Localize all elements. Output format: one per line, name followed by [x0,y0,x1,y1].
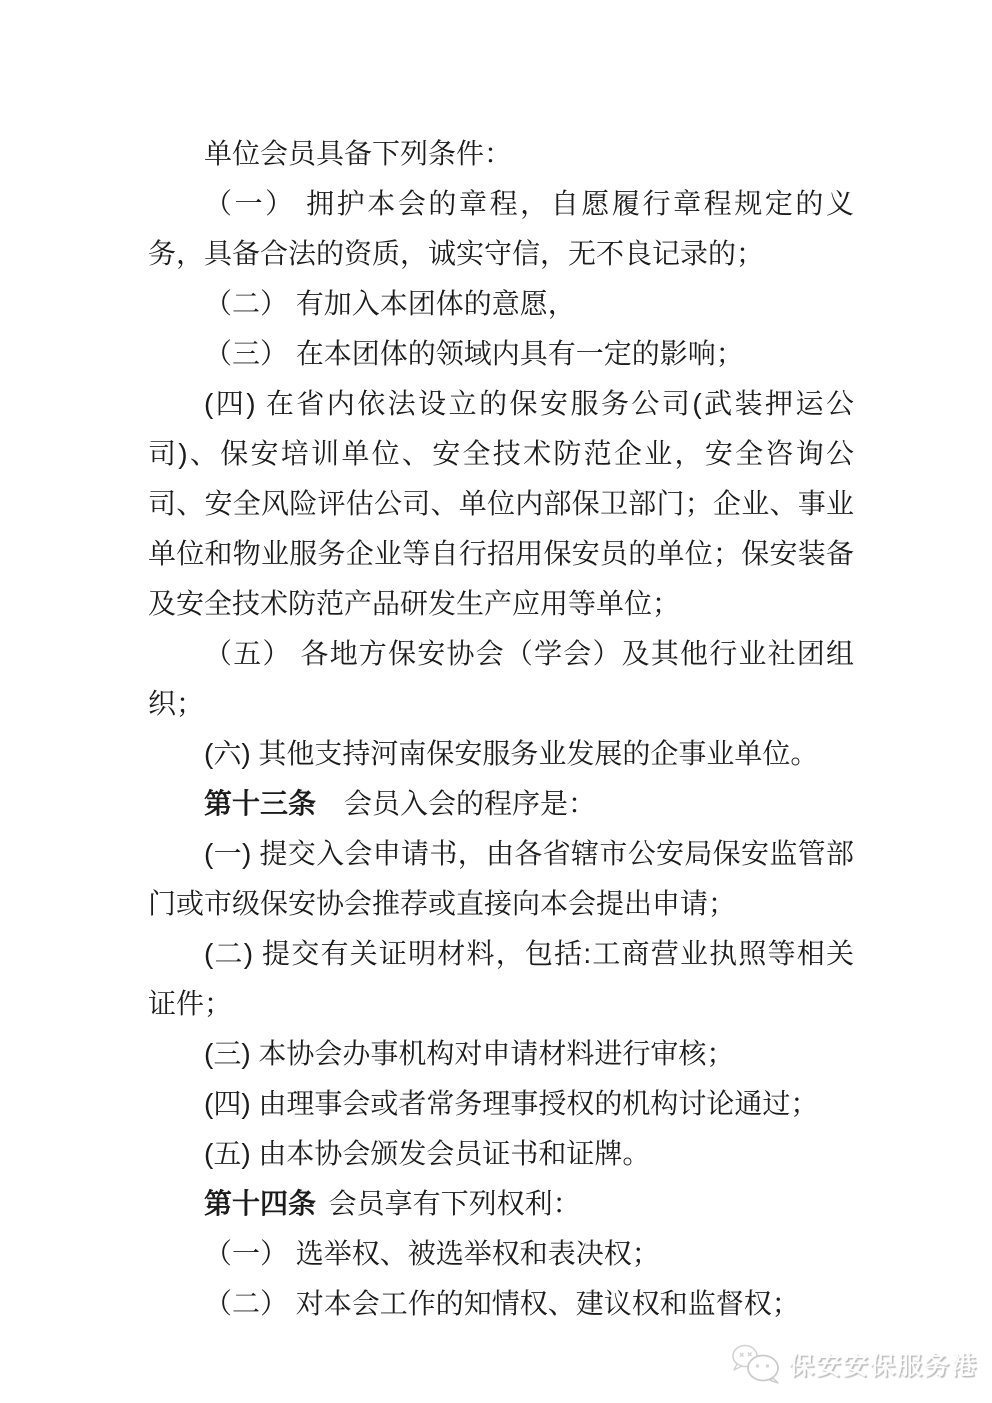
article-13-item-5: (五) 由本协会颁发会员证书和证牌。 [148,1129,854,1179]
article-13-title: 会员入会的程序是： [344,788,596,819]
article-14-heading: 第十四条会员享有下列权利： [148,1179,854,1229]
article-14-item-1: （一） 选举权、被选举权和表决权； [148,1229,854,1279]
condition-item-1: （一） 拥护本会的章程，自愿履行章程规定的义务，具备合法的资质，诚实守信，无不良… [148,179,854,279]
article-14-item-2: （二） 对本会工作的知情权、建议权和监督权； [148,1279,854,1329]
article-13-item-3: (三) 本协会办事机构对申请材料进行审核； [148,1029,854,1079]
wechat-icon [731,1343,783,1385]
intro-line: 单位会员具备下列条件： [148,129,854,179]
condition-item-5: （五） 各地方保安协会（学会）及其他行业社团组织； [148,629,854,729]
article-13-item-4: (四) 由理事会或者常务理事授权的机构讨论通过； [148,1079,854,1129]
watermark-label: 保安安保服务港 [789,1346,978,1382]
article-13-item-1: (一) 提交入会申请书，由各省辖市公安局保安监管部门或市级保安协会推荐或直接向本… [148,829,854,929]
condition-item-6: (六) 其他支持河南保安服务业发展的企事业单位。 [148,729,854,779]
document-body: 单位会员具备下列条件： （一） 拥护本会的章程，自愿履行章程规定的义务，具备合法… [148,129,854,1329]
condition-item-3: （三） 在本团体的领域内具有一定的影响； [148,329,854,379]
condition-item-2: （二） 有加入本团体的意愿， [148,279,854,329]
article-13-item-2: (二) 提交有关证明材料，包括:工商营业执照等相关证件； [148,929,854,1029]
watermark: 保安安保服务港 [731,1343,978,1385]
article-14-title: 会员享有下列权利： [329,1188,581,1219]
article-14-number: 第十四条 [204,1188,316,1219]
condition-item-4: (四) 在省内依法设立的保安服务公司(武装押运公司)、保安培训单位、安全技术防范… [148,379,854,629]
article-13-heading: 第十三条会员入会的程序是： [148,779,854,829]
article-13-number: 第十三条 [204,788,316,819]
